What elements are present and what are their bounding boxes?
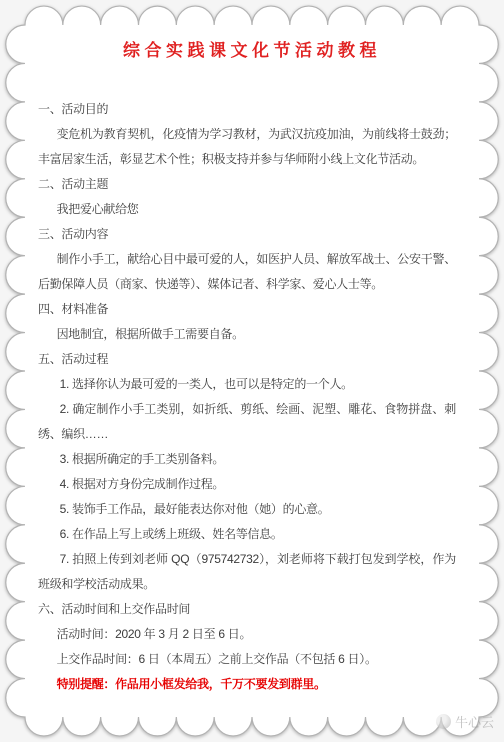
heading-schedule: 六、活动时间和上交作品时间	[38, 597, 456, 622]
process-step-2: 2. 确定制作小手工类别，如折纸、剪纸、绘画、泥塑、雕花、食物拼盘、刺绣、编织……	[38, 397, 456, 447]
watermark-text: 牛心云	[455, 712, 494, 731]
para-submission-time: 上交作品时间：6 日（本周五）之前上交作品（不包括 6 日）。	[38, 647, 456, 672]
process-step-4: 4. 根据对方身份完成制作过程。	[38, 472, 456, 497]
para-theme: 我把爱心献给您	[38, 197, 456, 222]
heading-process: 五、活动过程	[38, 347, 456, 372]
document-page: 综合实践课文化节活动教程 一、活动目的 变危机为教育契机，化疫情为学习教材，为武…	[0, 0, 504, 742]
para-purpose: 变危机为教育契机，化疫情为学习教材，为武汉抗疫加油，为前线将士鼓劲；丰富居家生活…	[38, 122, 456, 172]
heading-materials: 四、材料准备	[38, 297, 456, 322]
page-title: 综合实践课文化节活动教程	[0, 36, 504, 61]
watermark-logo-icon	[436, 714, 451, 729]
process-step-3: 3. 根据所确定的手工类别备料。	[38, 447, 456, 472]
para-content: 制作小手工，献给心目中最可爱的人，如医护人员、解放军战士、公安干警、后勤保障人员…	[38, 247, 456, 297]
special-reminder: 特别提醒：作品用小框发给我，千万不要发到群里。	[38, 672, 456, 697]
heading-purpose: 一、活动目的	[38, 97, 456, 122]
process-step-6: 6. 在作品上写上或绣上班级、姓名等信息。	[38, 522, 456, 547]
para-materials: 因地制宜，根据所做手工需要自备。	[38, 322, 456, 347]
process-step-5: 5. 装饰手工作品，最好能表达你对他（她）的心意。	[38, 497, 456, 522]
heading-content: 三、活动内容	[38, 222, 456, 247]
watermark: 牛心云	[436, 712, 494, 731]
process-step-7: 7. 拍照上传到刘老师 QQ（975742732），刘老师将下载打包发到学校，作…	[38, 547, 456, 597]
para-activity-time: 活动时间：2020 年 3 月 2 日至 6 日。	[38, 622, 456, 647]
document-body: 一、活动目的 变危机为教育契机，化疫情为学习教材，为武汉抗疫加油，为前线将士鼓劲…	[38, 97, 456, 697]
heading-theme: 二、活动主题	[38, 172, 456, 197]
process-step-1: 1. 选择你认为最可爱的一类人，也可以是特定的一个人。	[38, 372, 456, 397]
